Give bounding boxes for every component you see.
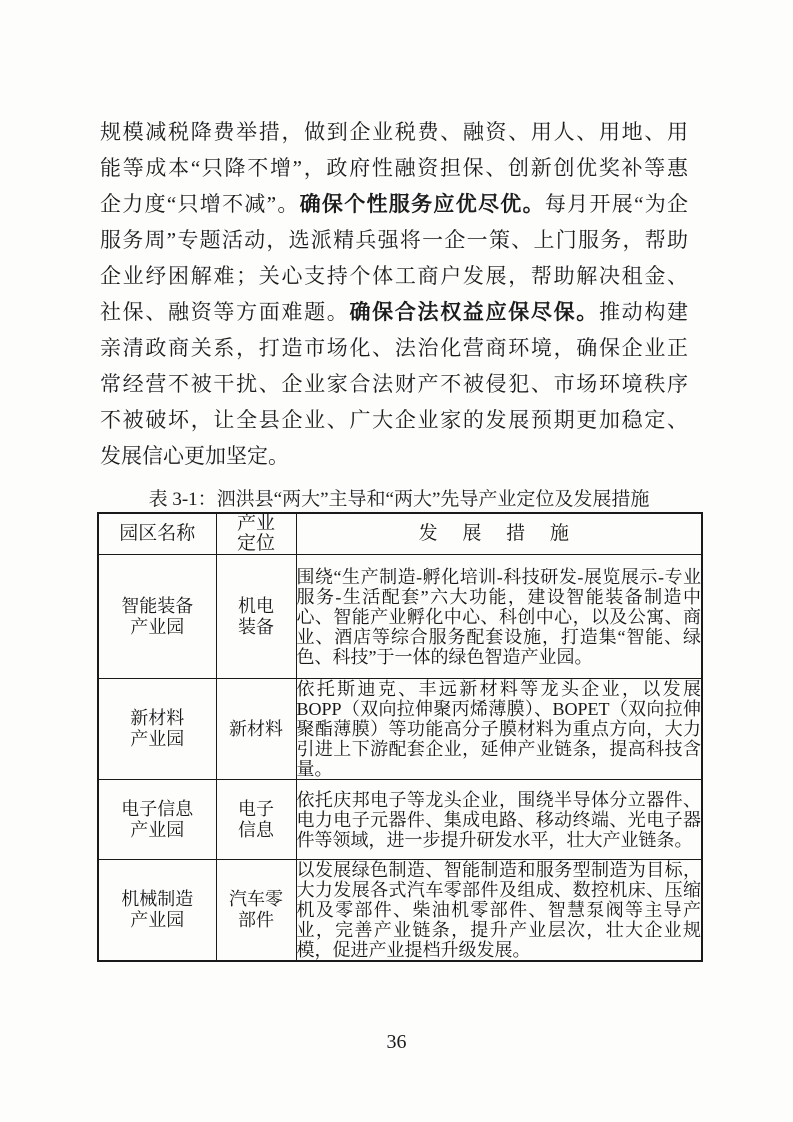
- paragraph-line-2: 能等成本“只降不增”，政府性融资担保、创新创优奖补等惠: [100, 150, 688, 186]
- table-row-electronic-information-park: 电子信息 产业园 电子 信息 依托庆邦电子等龙头企业，围绕半导体分立器件、电力电…: [98, 780, 702, 860]
- cell-development-measures: 以发展绿色制造、智能制造和服务型制造为目标，大力发展各式汽车零部件及组成、数控机…: [296, 860, 702, 962]
- text-segment: 能等成本“只降不增”，政府性融资担保、创新创优奖补等惠: [100, 156, 688, 180]
- text-segment: 发展信心更加坚定。: [100, 444, 289, 468]
- text-segment: 亲清政商关系，打造市场化、法治化营商环境，确保企业正: [100, 336, 688, 360]
- table-row-machinery-manufacturing-park: 机械制造 产业园 汽车零 部件 以发展绿色制造、智能制造和服务型制造为目标，大力…: [98, 860, 702, 962]
- body-paragraph: 规模减税降费举措，做到企业税费、融资、用人、用地、用 能等成本“只降不增”，政府…: [100, 114, 688, 474]
- text-segment: 每月开展“为企: [545, 192, 688, 216]
- header-development-measures: 发 展 措 施: [296, 513, 702, 555]
- cell-industry-position: 汽车零 部件: [216, 860, 296, 962]
- text-segment: 企业纾困解难；关心支持个体工商户发展，帮助解决租金、: [100, 264, 688, 288]
- paragraph-line-4: 服务周”专题活动，选派精兵强将一企一策、上门服务，帮助: [100, 222, 688, 258]
- cell-park-name: 机械制造 产业园: [98, 860, 216, 962]
- text-segment: 推动构建: [599, 300, 688, 324]
- text-segment: 服务周”专题活动，选派精兵强将一企一策、上门服务，帮助: [100, 228, 688, 252]
- cell-development-measures: 依托斯迪克、丰远新材料等龙头企业，以发展BOPP（双向拉伸聚丙烯薄膜）、BOPE…: [296, 679, 702, 780]
- document-page: 规模减税降费举措，做到企业税费、融资、用人、用地、用 能等成本“只降不增”，政府…: [0, 0, 793, 1122]
- table-caption: 表 3-1：泗洪县“两大”主导和“两大”先导产业定位及发展措施: [97, 489, 701, 511]
- bold-text-segment: 确保个性服务应优尽优。: [300, 192, 545, 216]
- header-industry-position: 产业 定位: [216, 513, 296, 555]
- cell-industry-position: 电子 信息: [216, 780, 296, 860]
- table-row-new-materials-park: 新材料 产业园 新材料 依托斯迪克、丰远新材料等龙头企业，以发展BOPP（双向拉…: [98, 679, 702, 780]
- cell-park-name: 智能装备 产业园: [98, 555, 216, 679]
- text-segment: 社保、融资等方面难题。: [100, 300, 349, 324]
- text-segment: 规模减税降费举措，做到企业税费、融资、用人、用地、用: [100, 120, 688, 144]
- paragraph-line-3: 企力度“只增不减”。确保个性服务应优尽优。每月开展“为企: [100, 186, 688, 222]
- industry-positioning-table: 园区名称 产业 定位 发 展 措 施 智能装备 产业园 机电 装备 围绕“生产制…: [97, 512, 703, 962]
- paragraph-line-6: 社保、融资等方面难题。确保合法权益应保尽保。推动构建: [100, 294, 688, 330]
- bold-text-segment: 确保合法权益应保尽保。: [349, 300, 598, 324]
- text-segment: 常经营不被干扰、企业家合法财产不被侵犯、市场环境秩序: [100, 372, 688, 396]
- page-number: 36: [0, 1031, 793, 1054]
- table-row-smart-equipment-park: 智能装备 产业园 机电 装备 围绕“生产制造-孵化培训-科技研发-展览展示-专业…: [98, 555, 702, 679]
- table-header-row: 园区名称 产业 定位 发 展 措 施: [98, 513, 702, 555]
- cell-development-measures: 围绕“生产制造-孵化培训-科技研发-展览展示-专业服务-生活配套”六大功能，建设…: [296, 555, 702, 679]
- cell-industry-position: 新材料: [216, 679, 296, 780]
- text-segment: 不被破坏，让全县企业、广大企业家的发展预期更加稳定、: [100, 408, 688, 432]
- cell-park-name: 新材料 产业园: [98, 679, 216, 780]
- header-park-name: 园区名称: [98, 513, 216, 555]
- paragraph-line-7: 亲清政商关系，打造市场化、法治化营商环境，确保企业正: [100, 330, 688, 366]
- paragraph-line-1: 规模减税降费举措，做到企业税费、融资、用人、用地、用: [100, 114, 688, 150]
- paragraph-line-8: 常经营不被干扰、企业家合法财产不被侵犯、市场环境秩序: [100, 366, 688, 402]
- cell-industry-position: 机电 装备: [216, 555, 296, 679]
- text-segment: 企力度“只增不减”。: [100, 192, 300, 216]
- cell-park-name: 电子信息 产业园: [98, 780, 216, 860]
- paragraph-line-9: 不被破坏，让全县企业、广大企业家的发展预期更加稳定、: [100, 402, 688, 438]
- paragraph-line-10: 发展信心更加坚定。: [100, 438, 688, 474]
- cell-development-measures: 依托庆邦电子等龙头企业，围绕半导体分立器件、电力电子元器件、集成电路、移动终端、…: [296, 780, 702, 860]
- paragraph-line-5: 企业纾困解难；关心支持个体工商户发展，帮助解决租金、: [100, 258, 688, 294]
